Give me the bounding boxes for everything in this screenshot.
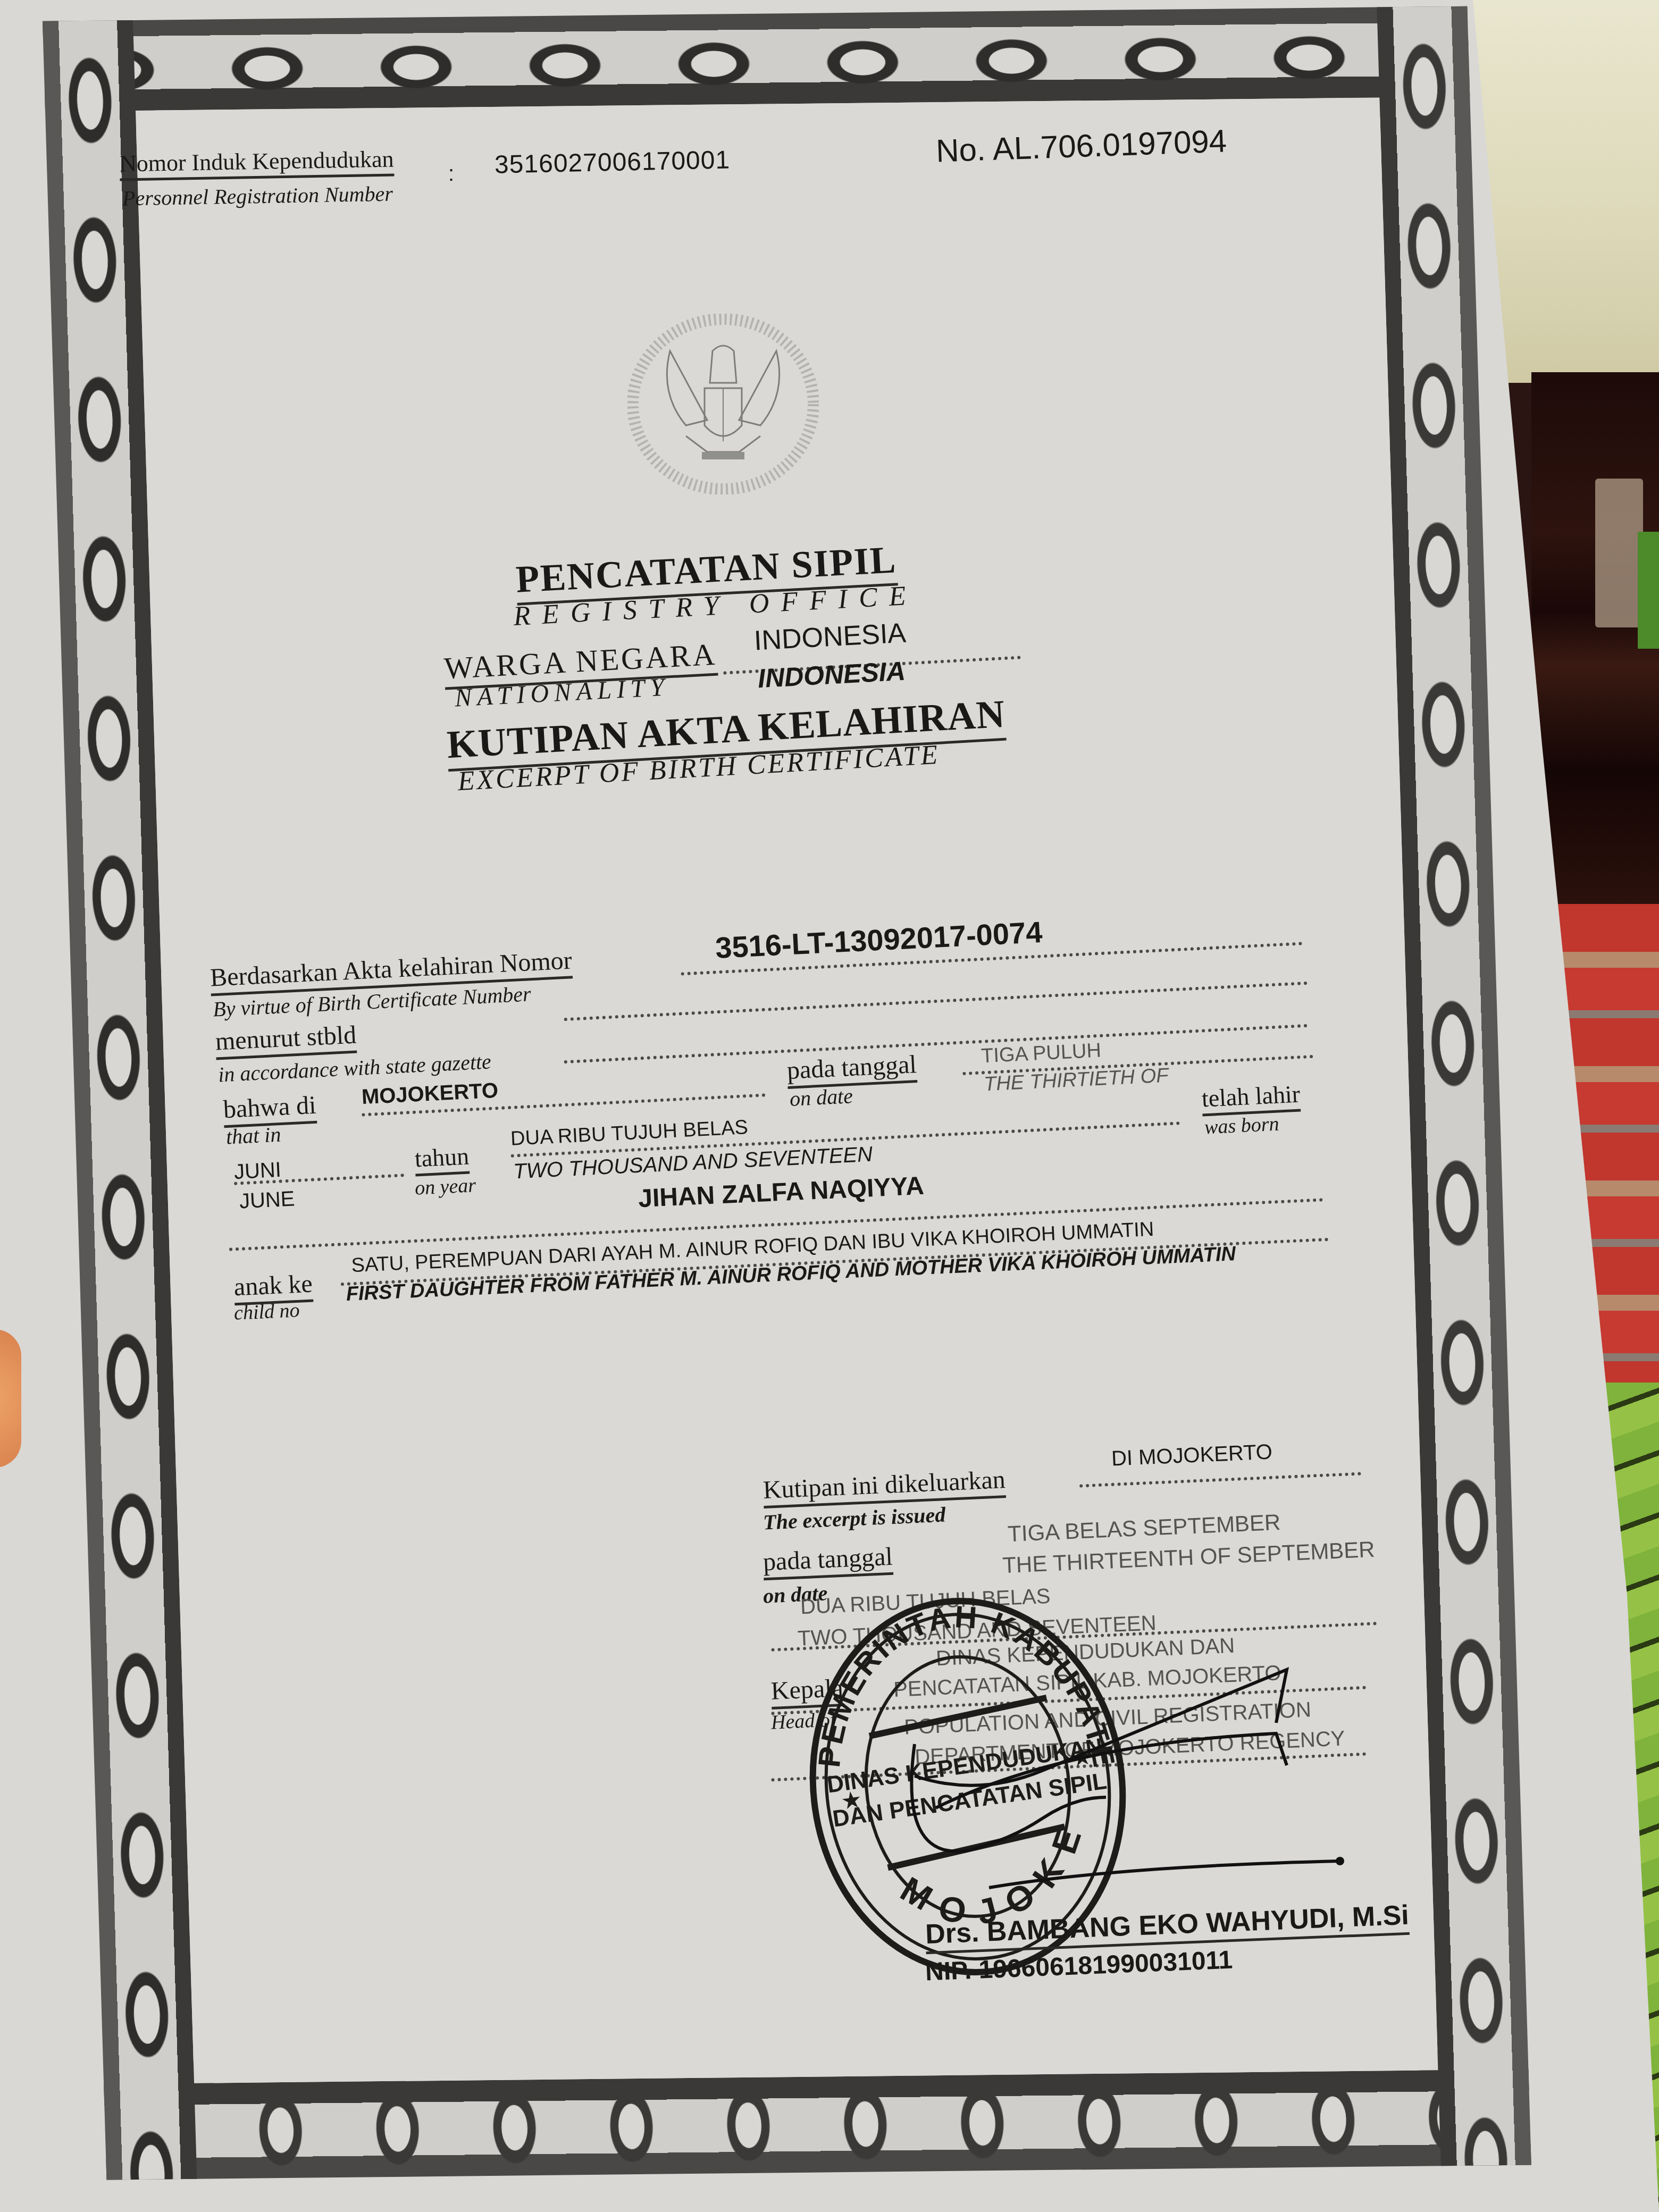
birth-year-label: tahun	[414, 1142, 470, 1177]
child-no-label-en: child no	[233, 1298, 300, 1325]
birth-date-label-en: on date	[789, 1083, 853, 1111]
born-label: telah lahir	[1201, 1080, 1301, 1117]
certificate-paper: Nomor Induk Kependudukan Personnel Regis…	[0, 0, 1659, 2212]
handwritten-signature	[904, 1638, 1382, 1914]
nik-value: 3516027006170001	[494, 145, 730, 179]
born-label-en: was born	[1204, 1112, 1279, 1139]
background-shelf-item	[1595, 479, 1643, 627]
birth-year-label-en: on year	[414, 1174, 476, 1200]
nik-label-en: Personnel Registration Number	[122, 181, 393, 211]
stbld-label: menurut stbld	[215, 1020, 357, 1060]
nik-colon: :	[448, 162, 454, 186]
birth-month-value-en: JUNE	[239, 1187, 296, 1213]
nik-label: Nomor Induk Kependudukan	[120, 146, 395, 181]
star-icon: ★	[839, 1786, 864, 1815]
issue-date-label: pada tanggal	[763, 1542, 893, 1581]
place-label-en: that in	[225, 1122, 282, 1150]
background-shelf-item	[1638, 532, 1659, 649]
ornamental-border-top	[43, 6, 1470, 112]
holding-thumb	[0, 1329, 21, 1468]
garuda-emblem-icon	[627, 314, 819, 495]
ornamental-border-bottom	[104, 2069, 1531, 2180]
